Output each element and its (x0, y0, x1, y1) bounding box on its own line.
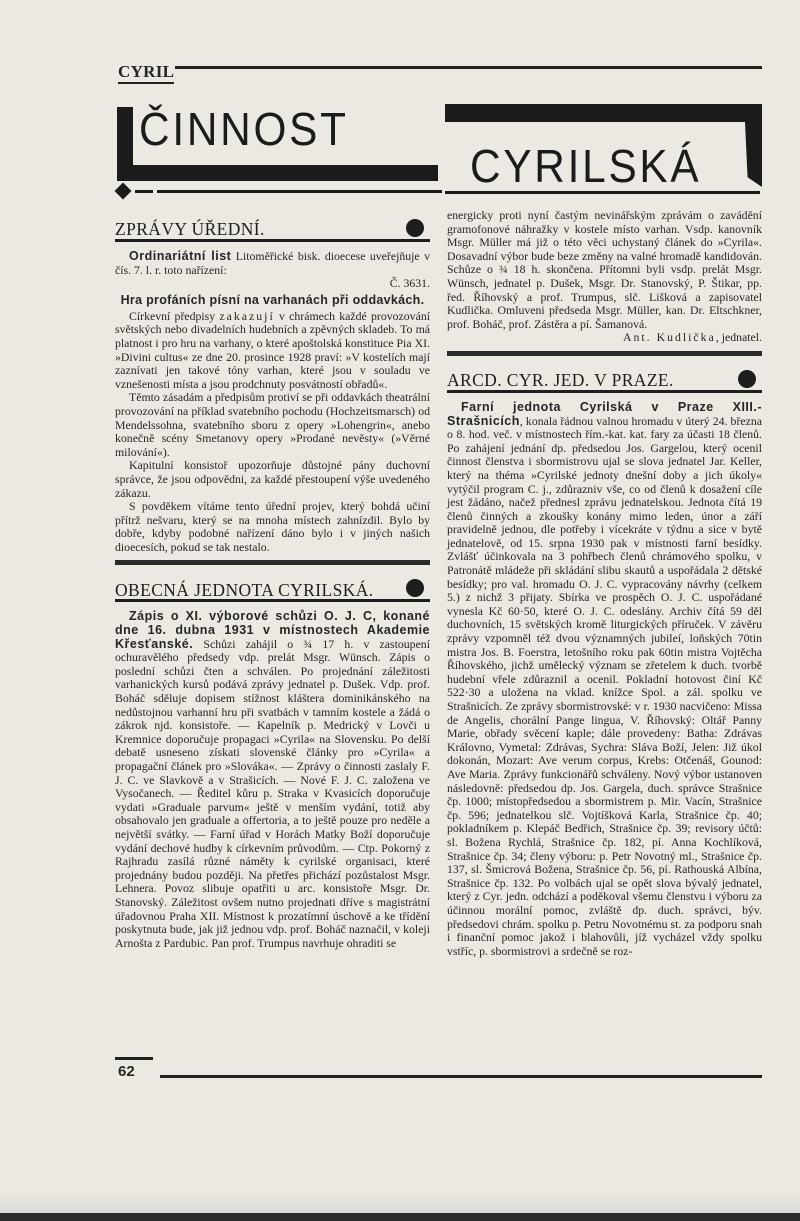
paragraph: Zápis o XI. výborové schůzi O. J. C, kon… (115, 610, 430, 950)
page-number-rule (115, 1057, 153, 1060)
paragraph: Farní jednota Cyrilská v Praze XIII.-Str… (447, 401, 762, 958)
decree-number: Č. 3631. (115, 277, 430, 291)
page-edge (0, 1213, 800, 1221)
page-number: 62 (118, 1063, 135, 1080)
paragraph: Kapitulní konsistoř upozorňuje důstojné … (115, 459, 430, 500)
diamond-ornament-icon (115, 183, 132, 200)
masthead-top-bar (445, 104, 762, 122)
section-title: ARCD. CYR. JED. V PRAZE. (447, 374, 674, 388)
masthead-bottom-rule (445, 191, 760, 194)
page-shadow (0, 1191, 800, 1213)
section-title: ZPRÁVY ÚŘEDNÍ. (115, 223, 265, 237)
journal-name: CYRIL (118, 62, 174, 84)
header-rule (175, 66, 762, 69)
section-title: OBECNÁ JEDNOTA CYRILSKÁ. (115, 584, 374, 598)
paragraph: S povděkem vítáme tento úřední projev, k… (115, 500, 430, 554)
section-head-zpravy-uredni: ZPRÁVY ÚŘEDNÍ. (115, 209, 430, 242)
footer: 62 (115, 1057, 762, 1087)
lead-bold: Ordinariátní list (129, 249, 231, 263)
masthead-word-cyrilska: CYRILSKÁ (470, 135, 701, 197)
article-subhead: Hra profáních písní na varhanách při odd… (115, 293, 430, 307)
masthead-left-bar (117, 107, 133, 167)
section-head-arcd-cyr-jed: ARCD. CYR. JED. V PRAZE. (447, 351, 762, 393)
bullet-dot-icon (738, 370, 756, 388)
left-column: ZPRÁVY ÚŘEDNÍ. Ordinariátní list Litoměř… (115, 209, 430, 950)
running-head: CYRIL (115, 62, 762, 86)
masthead-word-cinnost: ČINNOST (139, 98, 349, 160)
bullet-dot-icon (406, 579, 424, 597)
masthead-bottom-bar (117, 165, 438, 181)
bullet-dot-icon (406, 219, 424, 237)
right-column: energicky proti nyní častým nevinářským … (447, 209, 762, 958)
masthead-right-hook (745, 122, 762, 187)
ornament-rule (135, 190, 153, 193)
section-head-obecna-jednota: OBECNÁ JEDNOTA CYRILSKÁ. (115, 560, 430, 602)
paragraph: Ordinariátní list Litoměřické bisk. dioe… (115, 250, 430, 277)
paragraph: energicky proti nyní častým nevinářským … (447, 209, 762, 331)
ornament-rule (157, 190, 442, 193)
footer-rule (160, 1075, 762, 1078)
signature: Ant. Kudlička, jednatel. (447, 331, 762, 345)
paragraph: Církevní předpisy zakazují v chrámech ka… (115, 310, 430, 392)
paragraph: Těmto zásadám a předpisům protiví se při… (115, 391, 430, 459)
